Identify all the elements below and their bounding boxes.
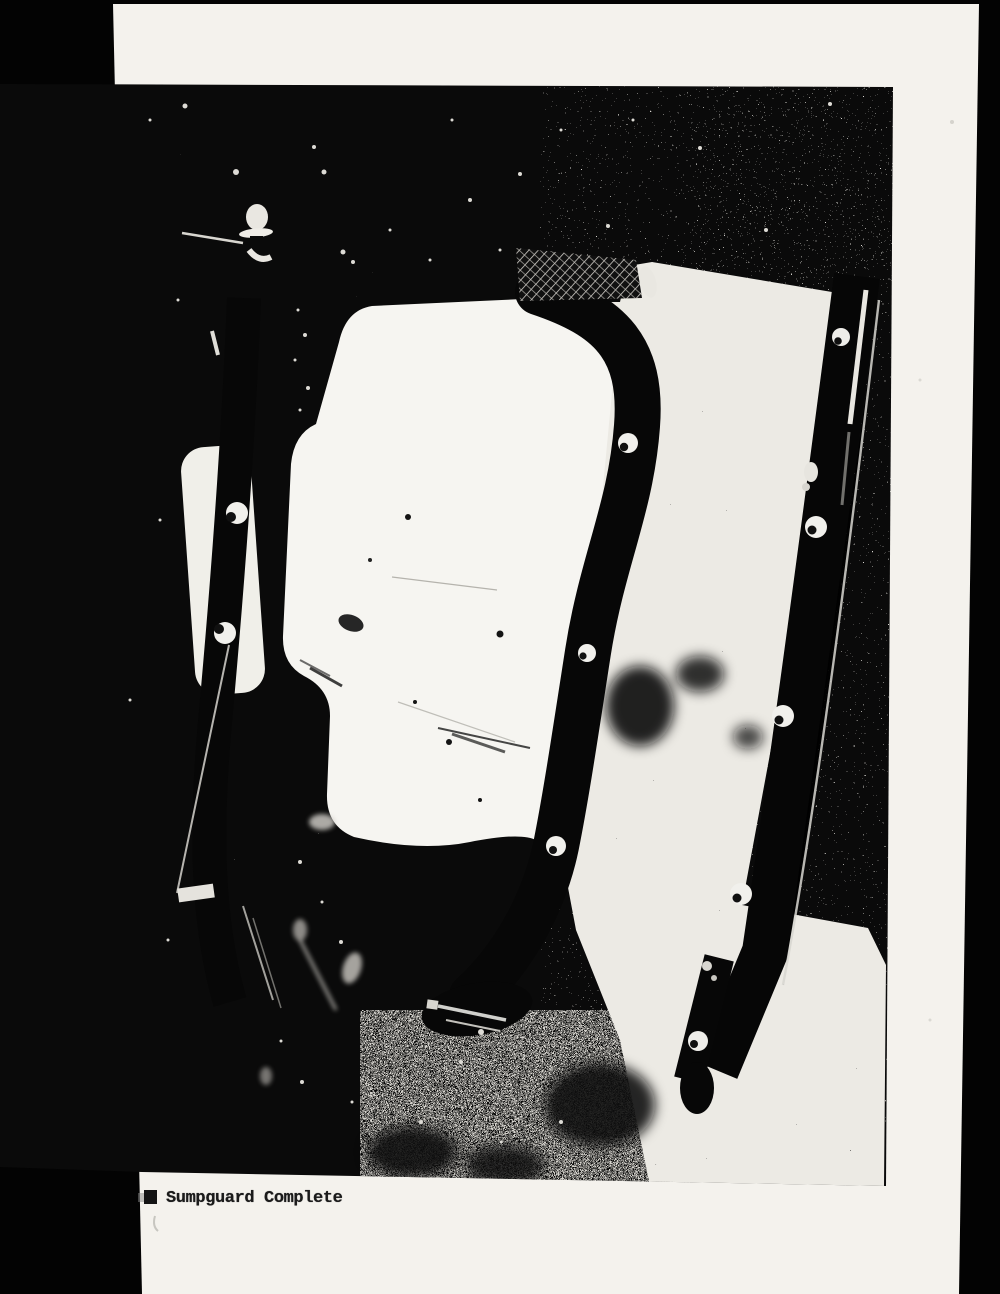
sumpguard-photo xyxy=(100,84,893,1186)
photo-caption: Sumpguard Complete xyxy=(166,1189,342,1209)
scanned-manual-page: { "document": { "caption": "Sumpguard Co… xyxy=(0,0,1000,1294)
scanned-page-graphic xyxy=(0,0,1000,1294)
